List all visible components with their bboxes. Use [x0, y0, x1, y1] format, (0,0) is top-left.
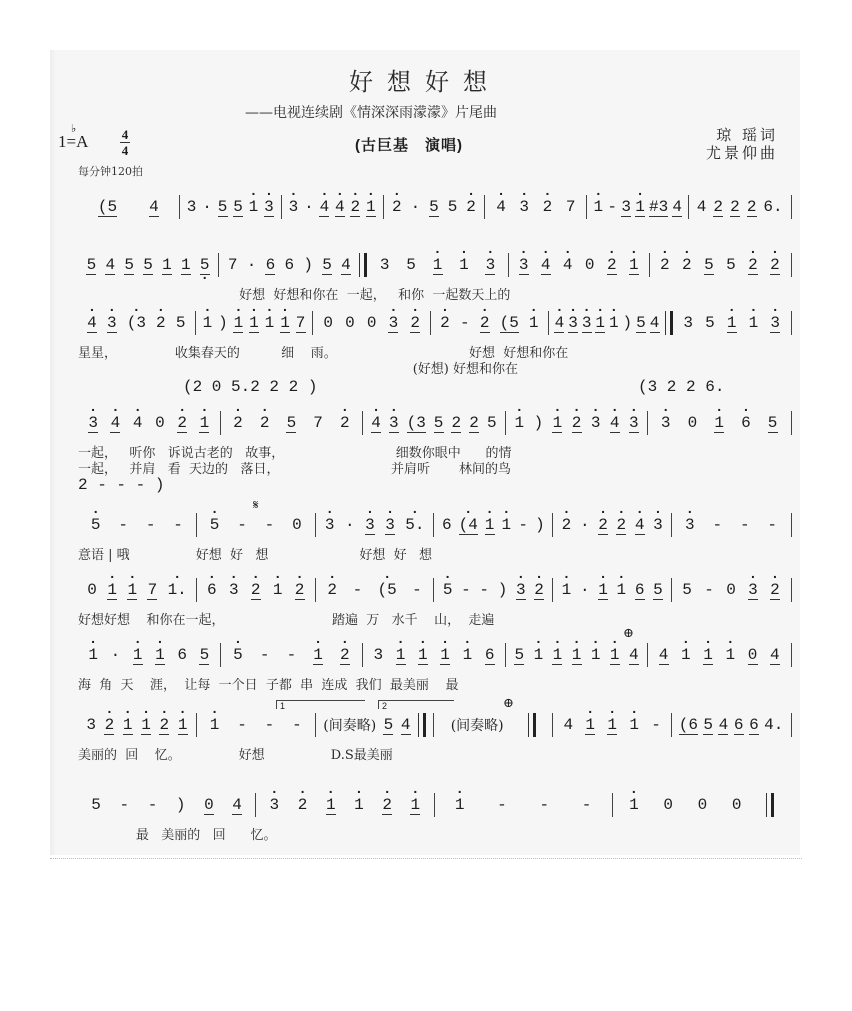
note: 2: [340, 646, 350, 665]
barline: [791, 713, 792, 737]
note: 5: [653, 581, 663, 600]
note: 2: [660, 256, 670, 274]
note: 4: [635, 516, 645, 535]
measure: 321121: [78, 712, 196, 738]
note: 5: [233, 198, 243, 217]
note: 2: [770, 581, 780, 600]
note: 6.: [763, 198, 782, 216]
measure: 2·2243: [553, 512, 671, 538]
measure: 5--)32: [434, 577, 552, 603]
note: ·: [202, 198, 212, 216]
note: 4: [341, 256, 351, 275]
note: 1: [629, 256, 639, 275]
measure: 225522: [650, 252, 790, 278]
note: 2: [572, 414, 582, 433]
singer-credit: (古巨基 演唱): [355, 134, 463, 155]
note: 3: [107, 314, 117, 333]
note: ): [176, 796, 186, 814]
note: ): [535, 516, 545, 534]
notes-row: 3211211---(间奏略)54(间奏略)4111-(654664.: [78, 710, 790, 740]
note: 2: [156, 314, 166, 332]
note: 1: [610, 646, 620, 665]
note: 5: [636, 314, 646, 333]
note: 1: [455, 796, 465, 814]
note: 5: [176, 314, 186, 332]
note: 3: [653, 516, 663, 534]
measure: 30165: [648, 410, 790, 436]
note: 0: [663, 796, 673, 814]
note: 6: [485, 646, 495, 665]
note: 1: [725, 646, 735, 664]
measure: 43(325: [78, 310, 195, 336]
note: 1: [552, 414, 562, 433]
note: 3: [568, 314, 578, 333]
note: 3: [683, 314, 693, 332]
coda-icon: ⊕: [623, 626, 634, 641]
note: 1: [635, 198, 645, 217]
note: 0: [687, 414, 697, 432]
note: 6: [442, 516, 452, 534]
notes-row: (543·55133·44212·55243271-31#3442226.: [78, 192, 790, 222]
measure: 5111114: [506, 642, 648, 668]
time-signature: 4 4: [120, 127, 130, 158]
note: 5: [143, 256, 153, 275]
measure: 42226.: [689, 194, 790, 220]
note: 3: [388, 314, 398, 333]
note: 3: [187, 198, 197, 216]
tempo-marking: 每分钟120拍: [78, 163, 143, 179]
time-signature-top: 4: [120, 127, 130, 142]
accompaniment-line: 2 - - - ): [78, 476, 164, 494]
measure: 22572: [221, 410, 363, 436]
measure: 1)11117: [196, 310, 313, 336]
note: 2: [159, 716, 169, 735]
note: 1: [616, 581, 626, 599]
note: 5: [210, 516, 220, 534]
note: 1: [552, 646, 562, 665]
note: 5: [434, 414, 444, 433]
measure: 344021: [78, 410, 220, 436]
note: ·: [580, 516, 590, 534]
note: 1: [629, 716, 639, 734]
note: (4: [459, 516, 478, 535]
note: 4: [541, 256, 551, 275]
note: -: [518, 516, 528, 534]
note: 5: [705, 314, 715, 332]
note: 4: [563, 256, 573, 274]
barline: [791, 513, 792, 537]
note: -: [740, 516, 750, 534]
note: 5.: [405, 516, 424, 534]
note: 3: [591, 414, 601, 432]
note: 2: [251, 581, 261, 600]
note: -: [539, 796, 549, 814]
note: -: [146, 516, 156, 534]
note: 1: [727, 314, 737, 333]
note: 5: [768, 414, 778, 433]
note: 2: [260, 414, 270, 432]
note: 3: [485, 256, 495, 275]
note: 1: [202, 314, 212, 332]
note: 1: [178, 716, 188, 735]
repeat-barline: [528, 713, 536, 737]
note: 1: [418, 646, 428, 665]
note: 4: [496, 198, 506, 216]
note: 1: [181, 256, 191, 275]
measure: 411104: [648, 642, 790, 668]
note: (间奏略): [451, 715, 504, 735]
note: 7: [228, 256, 238, 274]
note: 1: [249, 314, 259, 333]
measure: 63212: [197, 577, 315, 603]
note: (6: [679, 716, 698, 735]
notes-row: 01171.632122-(5-5--)321·11655-032: [78, 575, 790, 605]
note: 4: [133, 414, 143, 432]
note: ): [218, 314, 228, 332]
note: 1: [485, 516, 495, 535]
note: 4: [672, 198, 682, 217]
score-line: 5--)043211211---1000 最 美丽的 回 忆。: [78, 790, 790, 820]
note: 3: [519, 256, 529, 275]
note: -: [260, 646, 270, 664]
note: 1: [233, 314, 243, 333]
note: 5: [704, 256, 714, 275]
note: 6: [177, 646, 187, 664]
note: 4: [319, 198, 329, 217]
measure: 5---: [78, 512, 196, 538]
measure: 3·5513: [180, 194, 281, 220]
note: 1: [264, 314, 274, 332]
note: 2: [104, 716, 114, 735]
note: 0: [585, 256, 595, 274]
note: (间奏略): [323, 715, 376, 735]
note: 1: [529, 314, 539, 332]
note: 4: [554, 314, 564, 333]
note: ): [622, 314, 632, 332]
lyric-line: 好想 好想和你在 一起， 和你 一起数天上的: [78, 284, 790, 303]
note: 2: [466, 198, 476, 216]
measure: 3---: [672, 512, 790, 538]
lyric-line: 好想好想 和你在一起， 踏遍 万 水千 山， 走遍: [78, 609, 790, 628]
note: 6: [265, 256, 275, 275]
note: 3: [661, 414, 671, 432]
note: 2: [410, 314, 420, 333]
note: 6: [741, 414, 751, 432]
notes-row: 54551157·66)5435113344021225522: [78, 250, 790, 280]
measure: 43311)54: [549, 310, 666, 336]
note: 5: [218, 198, 228, 217]
volta-2-bracket: 2: [378, 700, 454, 709]
note: 4: [87, 314, 97, 333]
notes-row: 5--)043211211---1000: [78, 790, 790, 820]
note: 3: [88, 414, 98, 433]
note: ·: [580, 581, 590, 599]
note: 2: [382, 796, 392, 815]
composer-credit: 尤景仰曲: [678, 144, 778, 162]
measure: 1000: [613, 792, 790, 818]
note: 3: [685, 516, 695, 534]
note: 3: [516, 581, 526, 600]
measure: (654664.: [672, 712, 790, 738]
note: 4: [335, 198, 345, 217]
note: 2: [616, 516, 626, 535]
coda-icon: ⊕: [503, 696, 514, 711]
note: 1: [396, 646, 406, 665]
note: 3: [269, 796, 279, 814]
notes-row: 1·11655--123111165111114411104: [78, 640, 790, 670]
note: 1: [199, 414, 209, 433]
note: 5: [286, 414, 296, 433]
note: 7: [296, 314, 306, 333]
measure: 4111-: [553, 712, 671, 738]
note: 4: [770, 646, 780, 665]
note: -: [119, 796, 129, 814]
note: 3: [389, 414, 399, 433]
note: 5: [429, 198, 439, 217]
note: 5: [383, 716, 393, 735]
note: 5: [487, 414, 497, 432]
measure: 344021: [509, 252, 649, 278]
measure: 3·4421: [282, 194, 383, 220]
note: 2: [392, 198, 402, 216]
measure: 4327: [485, 194, 586, 220]
note: 4: [401, 716, 411, 735]
note: 5: [726, 256, 736, 274]
note: -: [286, 646, 296, 664]
note: 4: [110, 414, 120, 433]
note: -: [460, 314, 470, 332]
song-title: 好想好想: [50, 62, 800, 97]
note: -: [118, 516, 128, 534]
note: 3: [519, 198, 529, 216]
note: 4: [105, 256, 115, 275]
notes-row: 3440212257243(352251)1234330165: [78, 408, 790, 438]
note: 1: [210, 716, 220, 734]
note: 1: [595, 314, 605, 333]
measure: (54: [78, 194, 179, 220]
note: 6: [207, 581, 217, 599]
note: 1: [88, 646, 98, 664]
measure: 5455115: [78, 252, 218, 278]
note: 2: [747, 198, 757, 217]
note: 1: [440, 646, 450, 665]
note: 0: [323, 314, 333, 332]
note: 1: [366, 198, 376, 217]
note: 2: [233, 414, 243, 432]
note: 0: [204, 796, 214, 815]
note: 1: [141, 716, 151, 735]
note: (5: [98, 198, 117, 217]
note: 1: [748, 314, 758, 332]
note: (3: [127, 314, 146, 332]
note: -: [412, 581, 422, 599]
note: 0: [155, 414, 165, 432]
measure: 5-032: [672, 577, 790, 603]
measure: 1---: [435, 792, 612, 818]
note: -: [237, 516, 247, 534]
note: 1: [273, 581, 283, 599]
note: 5: [86, 256, 96, 275]
score-line: 43(3251)11117000322-2(5143311)5435113星星，…: [78, 308, 790, 338]
note: ·: [345, 516, 355, 534]
note: 5: [406, 256, 416, 274]
note: 1: [607, 716, 617, 735]
note: 0: [748, 646, 758, 665]
note: ·: [304, 198, 314, 216]
note: 1: [326, 796, 336, 815]
note: 3: [86, 716, 96, 734]
note: 4: [610, 414, 620, 433]
note: 7: [566, 198, 576, 216]
measure: 43(35225: [363, 410, 505, 436]
note: 3: [770, 314, 780, 333]
note: 2: [295, 581, 305, 600]
measure: 2-(5-: [316, 577, 434, 603]
note: 7: [147, 581, 157, 600]
note: -: [264, 716, 274, 734]
note: 4: [629, 646, 639, 665]
note: 4: [697, 198, 707, 216]
lyric-line: 美丽的 回 忆。 好想 D.S最美丽: [78, 744, 790, 763]
repeat-barline: [418, 713, 426, 737]
note: 1: [107, 581, 117, 600]
note: 2: [350, 198, 360, 217]
score-line: 54551157·66)5435113344021225522 好想 好想和你在…: [78, 250, 790, 280]
measure: 3·335.: [316, 512, 434, 538]
note: ): [303, 256, 313, 274]
note: 3: [229, 581, 239, 599]
measure: (间奏略)54: [316, 712, 434, 738]
note: 1: [714, 414, 724, 433]
note: (5: [378, 581, 397, 599]
note: -: [352, 581, 362, 599]
note: -: [148, 796, 158, 814]
note: 2: [607, 256, 617, 275]
note: 5: [91, 796, 101, 814]
song-subtitle: ——电视连续剧《情深深雨濛濛》片尾曲: [245, 102, 497, 122]
note: 5: [514, 646, 524, 665]
note: -: [582, 796, 592, 814]
note: 1: [354, 796, 364, 814]
note: 1: [572, 646, 582, 665]
note: (5: [500, 314, 519, 333]
note: 1: [248, 198, 258, 216]
measure: 35113: [367, 252, 507, 278]
final-barline: [766, 793, 774, 817]
note: 0: [726, 581, 736, 599]
note: 5: [448, 198, 458, 216]
note: 2: [480, 314, 490, 333]
note: 2: [598, 516, 608, 535]
notes-row: 43(3251)11117000322-2(5143311)5435113: [78, 308, 790, 338]
note: 5: [91, 516, 101, 534]
measure: 1---: [197, 712, 315, 738]
flat-icon: ♭: [71, 122, 76, 135]
note: -: [237, 716, 247, 734]
note: 2: [730, 198, 740, 217]
note: 0: [732, 796, 742, 814]
note: -: [173, 516, 183, 534]
note: 4: [650, 314, 660, 333]
note: 5: [703, 716, 713, 735]
note: 2: [713, 198, 723, 217]
note: 0: [697, 796, 707, 814]
note: 1: [514, 414, 524, 432]
note: -: [767, 516, 777, 534]
note: -: [264, 516, 274, 534]
score-line: 1·11655--123111165111114411104海 角 天 涯， 让…: [78, 640, 790, 670]
note: #3: [649, 198, 668, 217]
note: ·: [410, 198, 420, 216]
note: 4: [563, 716, 573, 734]
note: -: [461, 581, 471, 599]
note: 5: [233, 646, 243, 664]
note: ·: [110, 646, 120, 664]
note: 3: [582, 314, 592, 333]
score-line: 5---5--03·335.6(411-)2·22433---意语 | 哦 好想…: [78, 510, 790, 540]
note: 2: [770, 256, 780, 275]
note: 2: [451, 414, 461, 433]
note: 1: [433, 256, 443, 275]
note: 2: [469, 414, 479, 433]
note: 4.: [764, 716, 783, 734]
barline: [791, 253, 792, 277]
note: (3: [407, 414, 426, 433]
key-signature: 1=A ♭: [58, 132, 88, 152]
note: -: [712, 516, 722, 534]
note: 1: [162, 256, 172, 275]
accompaniment-line: (3 2 2 6.: [638, 378, 724, 396]
barline: [791, 311, 792, 335]
lyricist-credit: 琼 瑶词: [678, 126, 778, 144]
note: 3: [621, 198, 631, 217]
note: 5: [200, 256, 210, 275]
note: 1: [410, 796, 420, 815]
score-line: 3440212257243(352251)1234330165一起， 听你 诉说…: [78, 408, 790, 438]
note: 0: [345, 314, 355, 332]
note: 1: [598, 581, 608, 600]
measure: 1·1165: [78, 642, 220, 668]
note: 2: [748, 256, 758, 275]
note: -: [607, 198, 617, 216]
measure: 1-31#34: [587, 194, 688, 220]
double-barline: [359, 253, 367, 277]
volta-1-bracket: 1: [276, 700, 365, 709]
page-divider: [50, 858, 802, 859]
credits: 琼 瑶词 尤景仰曲: [678, 126, 778, 162]
measure: 5--)04: [78, 792, 255, 818]
note: 6: [635, 581, 645, 600]
double-barline: [665, 311, 673, 335]
note: 1: [703, 646, 713, 665]
note: 0: [292, 516, 302, 534]
note: 1: [155, 646, 165, 665]
note: 3: [264, 198, 274, 217]
measure: 1)12343: [506, 410, 648, 436]
note: -: [497, 796, 507, 814]
measure: 6(411-): [434, 512, 552, 538]
lyric-line: 意语 | 哦 好想 好 想 好想 好 想: [78, 544, 790, 563]
note: 6: [749, 716, 759, 735]
note: 2: [534, 581, 544, 600]
measure: 321121: [256, 792, 433, 818]
note: 4: [718, 716, 728, 735]
note: 1.: [168, 581, 187, 599]
note: 2: [340, 414, 350, 432]
note: 0: [87, 581, 97, 599]
measure: 5--0: [197, 512, 315, 538]
note: ): [498, 581, 508, 599]
